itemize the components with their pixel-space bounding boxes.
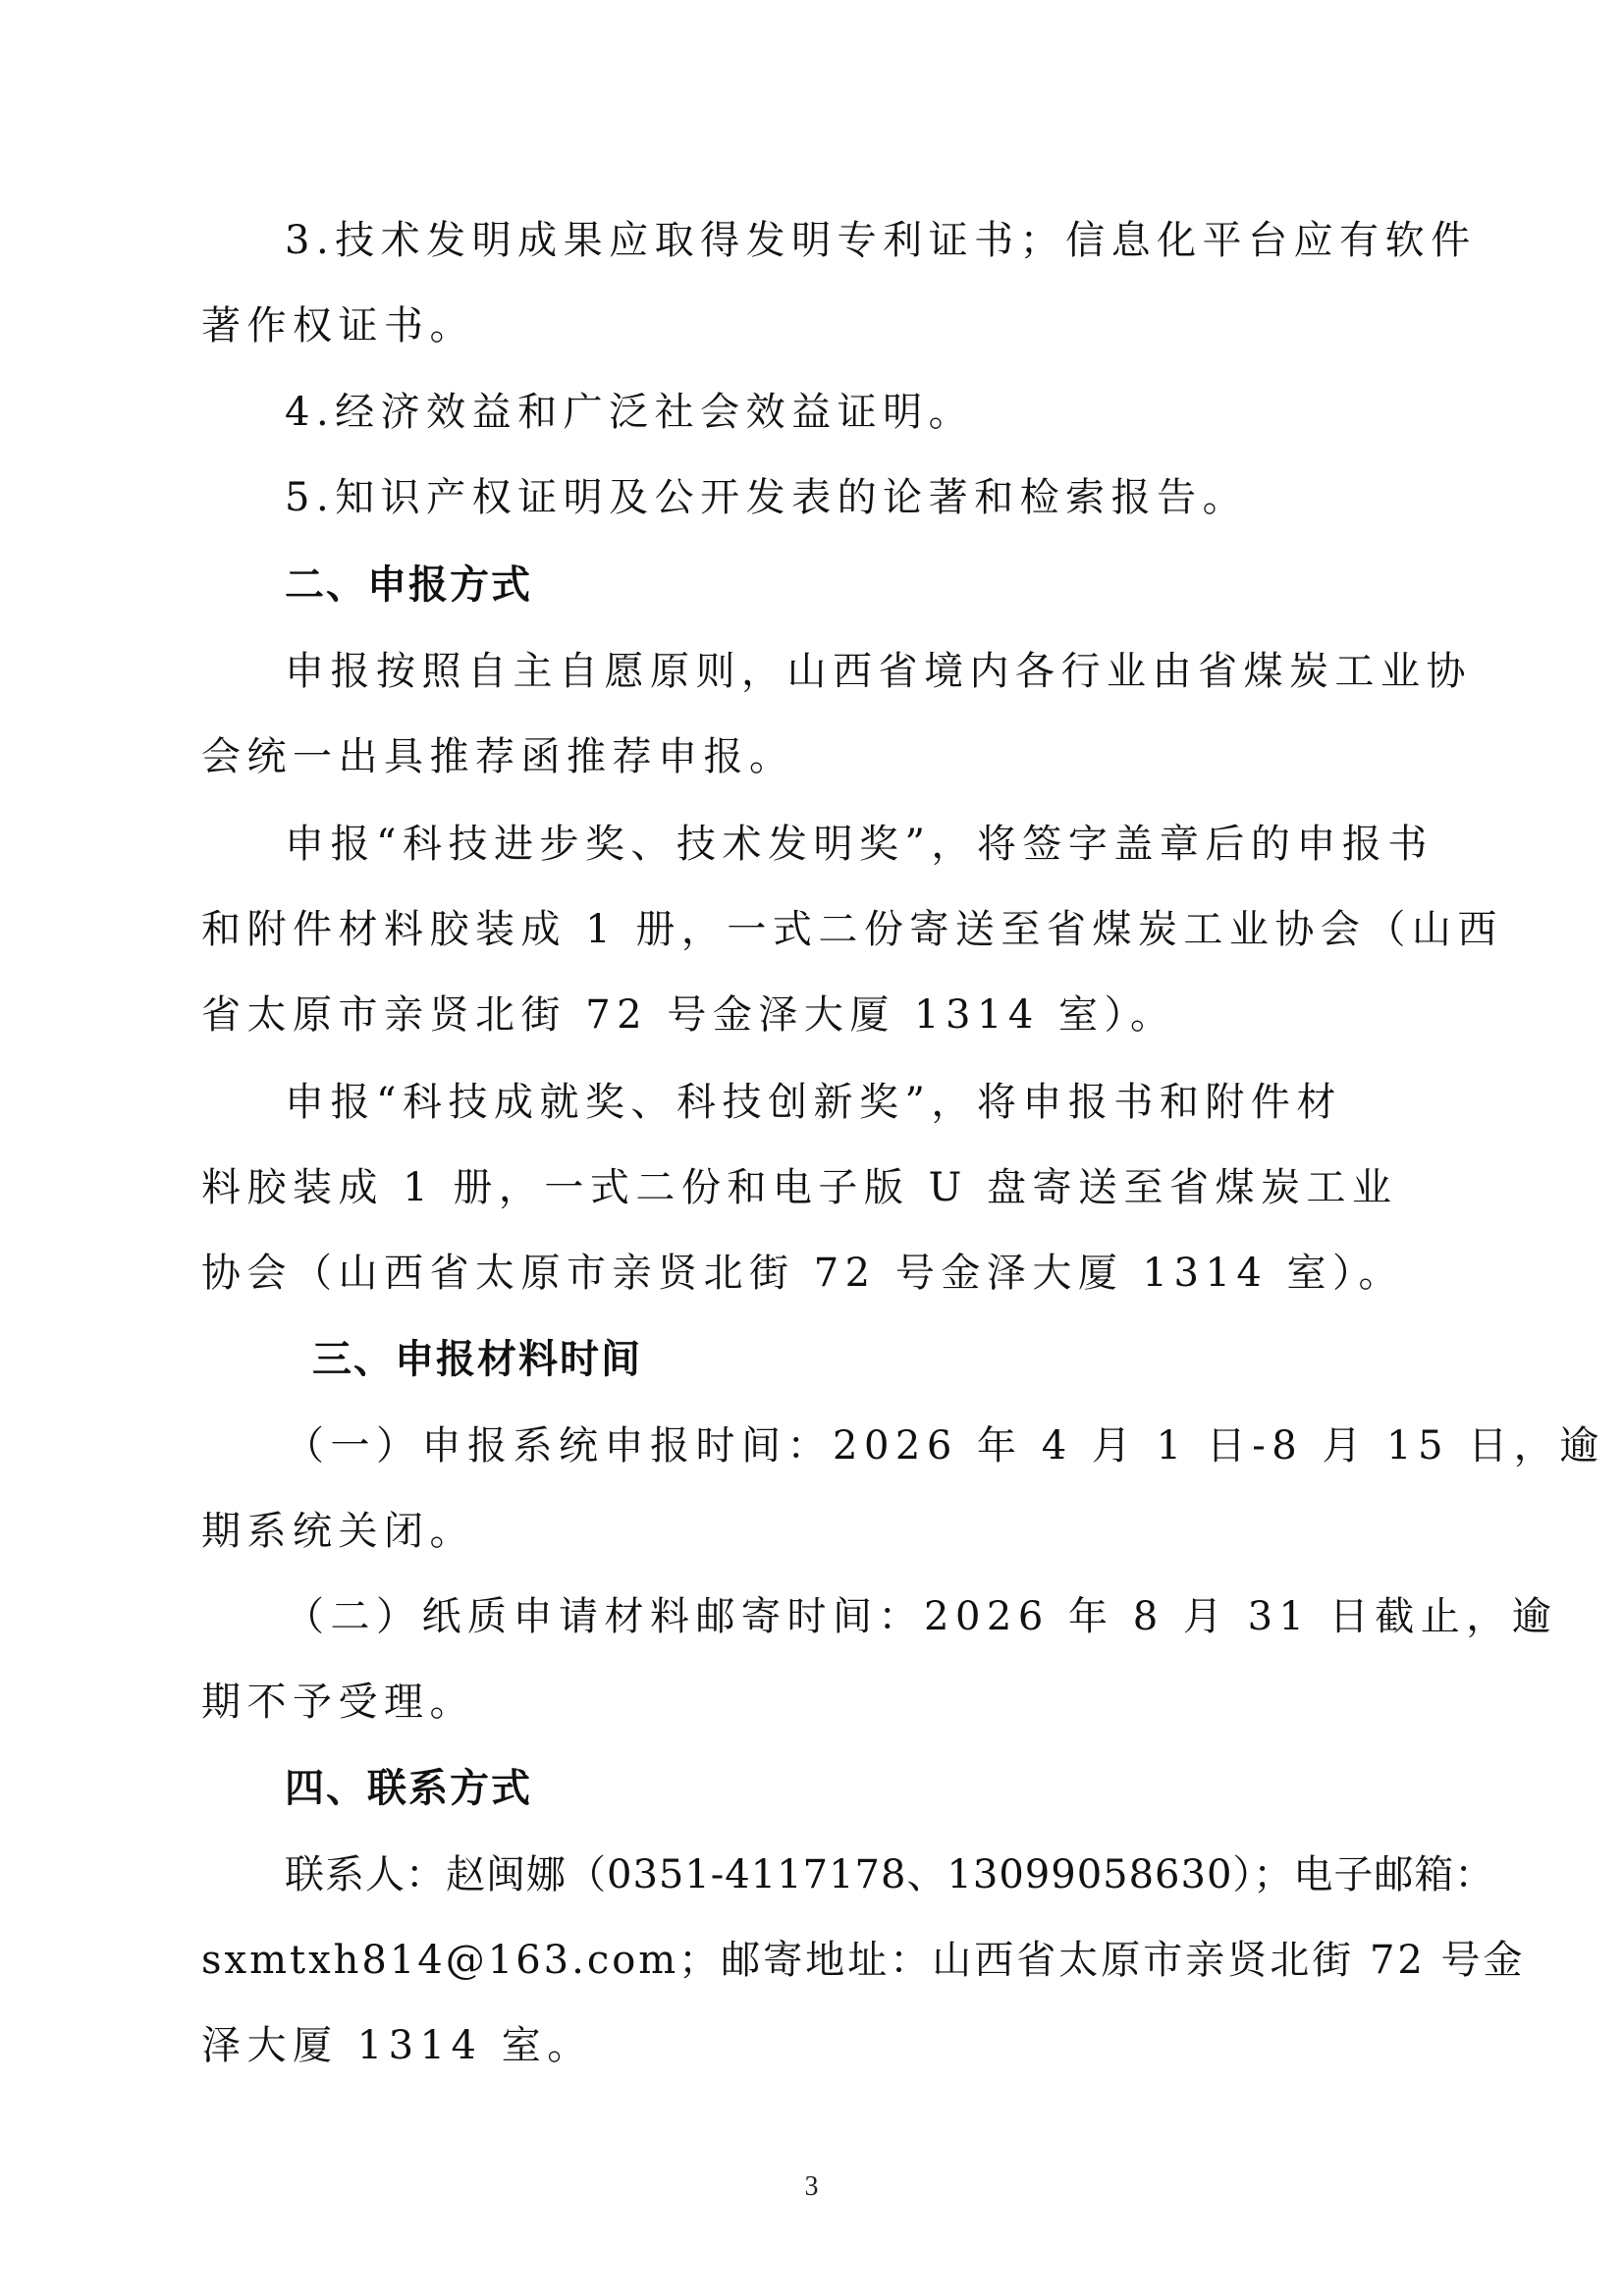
paragraph: 申报“科技进步奖、技术发明奖”，将签字盖章后的申报书 xyxy=(285,815,1424,874)
section-heading-2: 二、申报方式 xyxy=(285,556,1424,614)
contact-address-line: 泽大厦 1314 室。 xyxy=(201,2016,1424,2075)
contact-email-line: sxmtxh814@163.com；邮寄地址：山西省太原市亲贤北街 72 号金 xyxy=(201,1931,1424,1990)
list-item-3-cont: 著作权证书。 xyxy=(201,296,1424,355)
paragraph-cont: 省太原市亲贤北街 72 号金泽大厦 1314 室）。 xyxy=(201,986,1424,1044)
paragraph: （一）申报系统申报时间：2026 年 4 月 1 日-8 月 15 日，逾 xyxy=(285,1416,1424,1475)
page-number: 3 xyxy=(0,2171,1623,2203)
list-item-4: 4.经济效益和广泛社会效益证明。 xyxy=(285,383,1424,442)
paragraph: （二）纸质申请材料邮寄时间：2026 年 8 月 31 日截止，逾 xyxy=(285,1587,1424,1646)
paragraph-cont: 会统一出具推荐函推荐申报。 xyxy=(201,727,1424,786)
document-page: 3.技术发明成果应取得发明专利证书；信息化平台应有软件 著作权证书。 4.经济效… xyxy=(0,0,1623,2296)
paragraph-cont: 期不予受理。 xyxy=(201,1673,1424,1732)
contact-line: 联系人：赵闽娜（0351-4117178、13099058630）；电子邮箱： xyxy=(285,1845,1424,1904)
section-heading-3: 三、申报材料时间 xyxy=(312,1330,1451,1389)
paragraph-cont: 和附件材料胶装成 1 册，一式二份寄送至省煤炭工业协会（山西 xyxy=(201,900,1424,959)
paragraph-cont: 期系统关闭。 xyxy=(201,1502,1424,1561)
list-item-5: 5.知识产权证明及公开发表的论著和检索报告。 xyxy=(285,468,1424,527)
paragraph-cont: 料胶装成 1 册，一式二份和电子版 U 盘寄送至省煤炭工业 xyxy=(201,1158,1424,1217)
paragraph: 申报按照自主自愿原则，山西省境内各行业由省煤炭工业协 xyxy=(285,642,1424,701)
paragraph: 申报“科技成就奖、科技创新奖”，将申报书和附件材 xyxy=(285,1073,1424,1132)
section-heading-4: 四、联系方式 xyxy=(285,1759,1424,1818)
paragraph-cont: 协会（山西省太原市亲贤北街 72 号金泽大厦 1314 室）。 xyxy=(201,1244,1424,1303)
list-item-3: 3.技术发明成果应取得发明专利证书；信息化平台应有软件 xyxy=(285,211,1424,270)
